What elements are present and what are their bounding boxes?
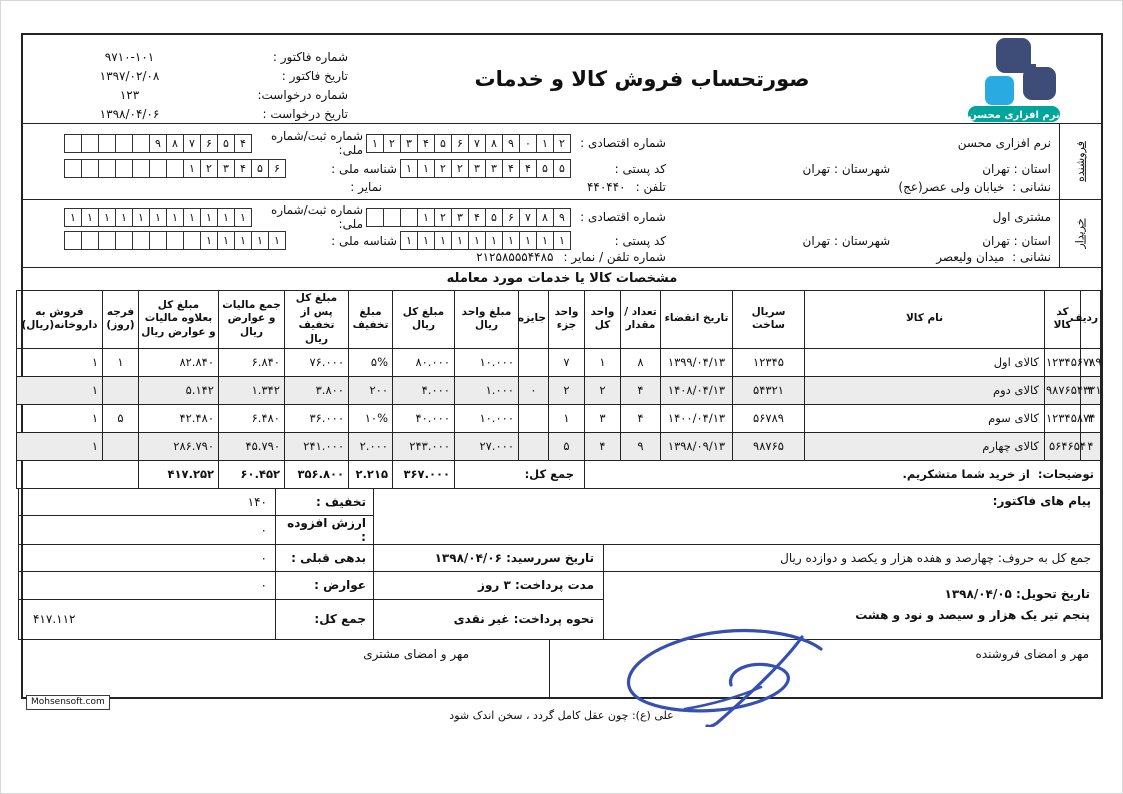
digit-box: [81, 231, 99, 250]
signature-section: مهر و امضای فروشنده مهر و امضای مشتری: [23, 640, 1101, 697]
cell: ۴۵.۷۹۰: [219, 432, 285, 460]
col-row-no: ردیف: [1081, 291, 1101, 349]
seller-national-label: شناسه ملی :: [286, 162, 401, 176]
website-label: Mohsensoft.com: [26, 695, 110, 710]
digit-box: ۱: [98, 208, 116, 227]
digit-box: ۰: [519, 134, 537, 153]
cell: [103, 376, 139, 404]
items-table: ردیف کد کالا نام کالا سریال ساخت تاریخ ا…: [16, 290, 1101, 489]
digit-box: ۵: [217, 134, 235, 153]
cell: ۷: [549, 348, 585, 376]
col-pharmacy: فروش به داروخانه(ریال): [17, 291, 103, 349]
company-logo: نرم افزاری محسن: [926, 35, 1101, 123]
digit-box: ۲: [200, 159, 218, 178]
footer-quote: علی (ع): چون عقل کامل گردد ، سخن اندک شو…: [1, 709, 1122, 722]
delivery-words-line: پنجم تیر یک هزار و سیصد و نود و هشت: [614, 605, 1090, 626]
digit-box: ۱: [485, 231, 503, 250]
digit-box: ۶: [200, 134, 218, 153]
col-after-discount: مبلغ کل پس از تخفیف ریال: [285, 291, 349, 349]
digit-box: ۱: [536, 134, 554, 153]
digit-box: [115, 231, 133, 250]
cell: ۴: [621, 376, 661, 404]
seller-economic-label: شماره اقتصادی :: [571, 136, 666, 150]
cell: ۵۶۷۸۹: [733, 404, 805, 432]
digit-box: ۸: [166, 134, 184, 153]
invoice-meta: شماره فاکتور : ۹۷۱۰-۱۰۱ تاریخ فاکتور : ۱…: [23, 35, 358, 123]
item-row: ۲۹۸۷۶۵۴۳۲۱کالای دوم۵۴۳۲۱۱۴۰۸/۰۴/۱۳۴۲۲۰۱.…: [17, 376, 1101, 404]
digit-box: ۱: [366, 134, 384, 153]
request-no-value: ۱۲۳: [29, 88, 230, 102]
seller-reg-boxes: ۹۸۷۶۵۴: [65, 134, 252, 153]
summary-label: بدهی قبلی :: [275, 544, 373, 571]
summary-value: ۱۴۰: [18, 488, 275, 515]
col-unit-part: واحد جزء: [549, 291, 585, 349]
cell: ۲.۰۰۰: [349, 432, 393, 460]
totals-total: ۳۶۷.۰۰۰: [393, 460, 455, 488]
digit-box: ۱: [502, 231, 520, 250]
payment-period: مدت پرداخت: ۳ روز: [373, 571, 603, 599]
cell: [103, 432, 139, 460]
digit-box: [115, 159, 133, 178]
digit-box: ۱: [553, 231, 571, 250]
digit-box: ۲: [451, 159, 469, 178]
digit-box: [149, 231, 167, 250]
digit-box: ۷: [183, 134, 201, 153]
cell: [519, 404, 549, 432]
cell: ۱۴۰۸/۰۴/۱۳: [661, 376, 733, 404]
buyer-postal-label: کد پستی :: [571, 234, 666, 248]
digit-box: [81, 159, 99, 178]
invoice-no-row: شماره فاکتور : ۹۷۱۰-۱۰۱: [29, 47, 348, 66]
digit-box: [64, 159, 82, 178]
digit-box: ۱: [400, 231, 418, 250]
cell: ۵%: [349, 348, 393, 376]
digit-box: ۱: [132, 208, 150, 227]
seller-county: شهرستان : تهران: [803, 162, 891, 176]
cell: ۸۲.۸۴۰: [139, 348, 219, 376]
cell: ۵: [549, 432, 585, 460]
cell: ۸۰.۰۰۰: [393, 348, 455, 376]
customer-signature-area: مهر و امضای مشتری: [23, 640, 549, 697]
summary-value: ۰: [18, 515, 275, 544]
col-unit-price: مبلغ واحد ریال: [455, 291, 519, 349]
cell: ۶.۴۸۰: [219, 404, 285, 432]
seller-role-label: فروشنده: [1059, 124, 1101, 199]
digit-box: ۱: [200, 208, 218, 227]
summary-value: ۰: [18, 544, 275, 571]
cell: ۲: [585, 376, 621, 404]
digit-box: [366, 208, 384, 227]
digit-box: [149, 159, 167, 178]
bottom-section: پیام های فاکتور: تخفیف : ۱۴۰ ارزش افزوده…: [18, 488, 1101, 640]
col-tax: جمع مالیات و عوارض ریال: [219, 291, 285, 349]
digit-box: ۳: [451, 208, 469, 227]
cell: ۱.۳۴۲: [219, 376, 285, 404]
bottom-row: جمع کل به حروف: چهارصد و هفده هزار و یکص…: [18, 544, 1100, 571]
cell: ۱۰%: [349, 404, 393, 432]
digit-box: ۱: [417, 159, 435, 178]
digit-box: [183, 231, 201, 250]
seller-province: استان : تهران: [982, 162, 1051, 176]
digit-box: ۹: [149, 134, 167, 153]
invoice-no-label: شماره فاکتور :: [230, 50, 348, 64]
invoice-date-value: ۱۳۹۷/۰۲/۰۸: [29, 69, 230, 83]
cell: ۱۲۳۴۵۸۷۴: [1045, 404, 1081, 432]
digit-box: [132, 159, 150, 178]
cell: ۰: [519, 376, 549, 404]
cell: ۵۴۳۲۱: [733, 376, 805, 404]
invoice-frame: نرم افزاری محسن صورتحساب فروش کالا و خدم…: [21, 33, 1103, 699]
cell: ۲۴۳.۰۰۰: [393, 432, 455, 460]
digit-box: ۴: [468, 208, 486, 227]
digit-box: ۶: [502, 208, 520, 227]
digit-box: ۴: [234, 159, 252, 178]
cell: ۱۲۳۴۵۶۷۸۹: [1045, 348, 1081, 376]
request-no-label: شماره درخواست:: [230, 88, 348, 102]
cell: ۱: [549, 404, 585, 432]
digit-box: ۳: [400, 134, 418, 153]
item-row: ۴۵۶۴۶۵۴کالای چهارم۹۸۷۶۵۱۳۹۸/۰۹/۱۳۹۴۵۲۷.۰…: [17, 432, 1101, 460]
seller-fax-label: نمایر :: [271, 180, 386, 194]
cell: ۱: [585, 348, 621, 376]
cell: ۱: [17, 376, 103, 404]
payment-method: نحوه پرداخت: غیر نقدی: [373, 599, 603, 639]
digit-box: ۱: [183, 208, 201, 227]
request-date-row: تاریخ درخواست : ۱۳۹۸/۰۴/۰۶: [29, 104, 348, 123]
digit-box: ۱: [451, 231, 469, 250]
digit-box: ۹: [502, 134, 520, 153]
cell: ۲۰۰: [349, 376, 393, 404]
cell: ۱۳۹۹/۰۴/۱۳: [661, 348, 733, 376]
header: نرم افزاری محسن صورتحساب فروش کالا و خدم…: [23, 35, 1101, 123]
cell: ۲: [549, 376, 585, 404]
digit-box: ۱: [251, 231, 269, 250]
invoice-page: { "title": "صورتحساب فروش کالا و خدمات",…: [0, 0, 1123, 794]
cell: ۱: [17, 348, 103, 376]
digit-box: ۵: [251, 159, 269, 178]
seller-signature-label: مهر و امضای فروشنده: [976, 647, 1089, 661]
customer-signature-label: مهر و امضای مشتری: [363, 647, 469, 661]
col-unit-total: واحد کل: [585, 291, 621, 349]
cell: ۱.۰۰۰: [455, 376, 519, 404]
buyer-reg-label: شماره ثبت/شماره ملی:: [252, 203, 367, 231]
cell: ۲۷.۰۰۰: [455, 432, 519, 460]
col-serial: سریال ساخت: [733, 291, 805, 349]
digit-box: ۱: [519, 231, 537, 250]
cell: ۱۲۳۴۵: [733, 348, 805, 376]
digit-box: ۲: [434, 208, 452, 227]
seller-phone: تلفن :۴۴۰۴۴۰: [386, 180, 666, 194]
digit-box: ۱: [149, 208, 167, 227]
summary-value: ۰: [18, 571, 275, 599]
item-row: ۳۱۲۳۴۵۸۷۴کالای سوم۵۶۷۸۹۱۴۰۰/۰۴/۱۳۴۳۱۱۰.۰…: [17, 404, 1101, 432]
digit-box: ۷: [468, 134, 486, 153]
seller-name: نرم افزاری محسن: [666, 136, 1051, 150]
invoice-date-label: تاریخ فاکتور :: [230, 69, 348, 83]
totals-after-discount: ۳۵۶.۸۰۰: [285, 460, 349, 488]
digit-box: ۳: [217, 159, 235, 178]
buyer-section: خریدار مشتری اول شماره اقتصادی : ۱۲۳۴۵۶۷…: [23, 199, 1101, 267]
seller-section: فروشنده نرم افزاری محسن شماره اقتصادی : …: [23, 123, 1101, 199]
invoice-no-value: ۹۷۱۰-۱۰۱: [29, 50, 230, 64]
summary-label: عوارض :: [275, 571, 373, 599]
digit-box: ۵: [434, 134, 452, 153]
digit-box: ۱: [234, 231, 252, 250]
cell: ۱۰.۰۰۰: [455, 348, 519, 376]
seller-address: نشانی : خیابان ولی عصر(عج): [666, 180, 1051, 194]
handwritten-signature: [589, 627, 844, 727]
summary-label: تخفیف :: [275, 488, 373, 515]
cell: ۵.۱۴۲: [139, 376, 219, 404]
total-in-words: جمع کل به حروف: چهارصد و هفده هزار و یکص…: [604, 544, 1101, 571]
col-discount: مبلغ تخفیف: [349, 291, 393, 349]
digit-box: ۴: [417, 134, 435, 153]
invoice-messages: پیام های فاکتور:: [373, 488, 1100, 544]
buyer-province: استان : تهران: [982, 234, 1051, 248]
bottom-row: پیام های فاکتور: تخفیف : ۱۴۰: [18, 488, 1100, 515]
digit-box: ۱: [400, 159, 418, 178]
request-date-value: ۱۳۹۸/۰۴/۰۶: [29, 107, 230, 121]
item-row: ۱۱۲۳۴۵۶۷۸۹کالای اول۱۲۳۴۵۱۳۹۹/۰۴/۱۳۸۱۷۱۰.…: [17, 348, 1101, 376]
col-expiry: تاریخ انقضاء: [661, 291, 733, 349]
digit-box: ۱: [468, 231, 486, 250]
digit-box: ۱: [268, 231, 286, 250]
col-total-plus-tax: مبلغ کل بعلاوه مالیات و عوارض ریال: [139, 291, 219, 349]
digit-box: [400, 208, 418, 227]
digit-box: ۱: [81, 208, 99, 227]
digit-box: [166, 159, 184, 178]
summary-label: ارزش افزوده :: [275, 515, 373, 544]
buyer-phone: شماره تلفن / نمایر :۲۱۲۵۸۵۵۵۴۴۸۵: [476, 250, 666, 264]
digit-box: ۱: [64, 208, 82, 227]
cell: ۱: [103, 348, 139, 376]
digit-box: ۱: [183, 159, 201, 178]
digit-box: [132, 134, 150, 153]
summary-label: جمع کل:: [275, 599, 373, 639]
summary-value: ۴۱۷.۱۱۲: [18, 599, 275, 639]
digit-box: [98, 159, 116, 178]
cell: ۱۴۰۰/۰۴/۱۳: [661, 404, 733, 432]
seller-national-boxes: ۱۲۳۴۵۶: [65, 159, 286, 178]
delivery-date-line: تاریخ تحویل: ۱۳۹۸/۰۴/۰۵: [614, 584, 1090, 605]
digit-box: ۳: [485, 159, 503, 178]
digit-box: [81, 134, 99, 153]
cell: ۲۸۶.۷۹۰: [139, 432, 219, 460]
cell: ۳.۸۰۰: [285, 376, 349, 404]
buyer-economic-label: شماره اقتصادی :: [571, 210, 666, 224]
remarks: توضیحات: از خرید شما متشکریم.: [585, 460, 1101, 488]
digit-box: ۱: [234, 208, 252, 227]
cell: ۱۰.۰۰۰: [455, 404, 519, 432]
col-bonus: جایزه: [519, 291, 549, 349]
cell: [519, 432, 549, 460]
buyer-address: نشانی : میدان ولیعصر: [666, 250, 1051, 264]
digit-box: ۱: [115, 208, 133, 227]
totals-grand: ۴۱۷.۲۵۲: [139, 460, 219, 488]
cell: ۹: [621, 432, 661, 460]
digit-box: [132, 231, 150, 250]
bottom-row: تاریخ تحویل: ۱۳۹۸/۰۴/۰۵ پنجم تیر یک هزار…: [18, 571, 1100, 599]
cell: ۶.۸۴۰: [219, 348, 285, 376]
digit-box: ۴: [234, 134, 252, 153]
digit-box: ۸: [485, 134, 503, 153]
cell: ۴: [585, 432, 621, 460]
col-grace: فرجه (روز): [103, 291, 139, 349]
totals-tax: ۶۰.۴۵۲: [219, 460, 285, 488]
digit-box: [64, 134, 82, 153]
totals-label: جمع کل:: [455, 460, 585, 488]
request-no-row: شماره درخواست: ۱۲۳: [29, 85, 348, 104]
items-header-row: ردیف کد کالا نام کالا سریال ساخت تاریخ ا…: [17, 291, 1101, 349]
buyer-name: مشتری اول: [666, 210, 1051, 224]
digit-box: ۶: [451, 134, 469, 153]
cell: ۹۸۷۶۵۴۳۲۱: [1045, 376, 1081, 404]
cell: ۴: [621, 404, 661, 432]
seller-reg-label: شماره ثبت/شماره ملی:: [252, 129, 367, 157]
cell: کالای سوم: [805, 404, 1045, 432]
buyer-economic-boxes: ۱۲۳۴۵۶۷۸۹: [367, 208, 571, 227]
col-total-price: مبلغ کل ریال: [393, 291, 455, 349]
mohsen-logo-icon: نرم افزاری محسن: [966, 36, 1062, 124]
digit-box: ۴: [519, 159, 537, 178]
cell: [519, 348, 549, 376]
items-section-title: مشخصات کالا یا خدمات مورد معامله: [23, 267, 1101, 290]
col-qty: تعداد / مقدار: [621, 291, 661, 349]
digit-box: ۸: [536, 208, 554, 227]
totals-row: توضیحات: از خرید شما متشکریم. جمع کل: ۳۶…: [17, 460, 1101, 488]
due-date: تاریخ سررسید: ۱۳۹۸/۰۴/۰۶: [373, 544, 603, 571]
digit-box: ۵: [485, 208, 503, 227]
cell: ۱: [17, 432, 103, 460]
cell: ۷۶.۰۰۰: [285, 348, 349, 376]
cell: ۸: [621, 348, 661, 376]
digit-box: [98, 134, 116, 153]
page-title: صورتحساب فروش کالا و خدمات: [474, 67, 809, 91]
digit-box: ۵: [553, 159, 571, 178]
cell: ۳: [585, 404, 621, 432]
cell: ۲۴۱.۰۰۰: [285, 432, 349, 460]
cell: کالای دوم: [805, 376, 1045, 404]
cell: ۹۸۷۶۵: [733, 432, 805, 460]
buyer-county: شهرستان : تهران: [803, 234, 891, 248]
seller-postal-boxes: ۱۱۲۲۳۳۴۴۵۵: [401, 159, 571, 178]
logo-text: نرم افزاری محسن: [968, 110, 1059, 121]
totals-empty: [17, 460, 139, 488]
digit-box: [166, 231, 184, 250]
digit-box: ۷: [519, 208, 537, 227]
cell: ۱۳۹۸/۰۹/۱۳: [661, 432, 733, 460]
digit-box: ۵: [536, 159, 554, 178]
digit-box: ۶: [268, 159, 286, 178]
seller-postal-label: کد پستی :: [571, 162, 666, 176]
cell: کالای چهارم: [805, 432, 1045, 460]
digit-box: ۱: [217, 208, 235, 227]
buyer-national-label: شناسه ملی :: [286, 234, 401, 248]
digit-box: [98, 231, 116, 250]
digit-box: ۳: [468, 159, 486, 178]
digit-box: ۱: [536, 231, 554, 250]
cell: ۵۶۴۶۵۴: [1045, 432, 1081, 460]
digit-box: ۹: [553, 208, 571, 227]
digit-box: ۱: [200, 231, 218, 250]
buyer-reg-boxes: ۱۱۱۱۱۱۱۱۱۱۱: [65, 208, 252, 227]
buyer-postal-boxes: ۱۱۱۱۱۱۱۱۱۱: [401, 231, 571, 250]
cell: ۴.۰۰۰: [393, 376, 455, 404]
digit-box: ۱: [417, 208, 435, 227]
cell: ۳۶.۰۰۰: [285, 404, 349, 432]
digit-box: [383, 208, 401, 227]
digit-box: ۲: [383, 134, 401, 153]
request-date-label: تاریخ درخواست :: [230, 107, 348, 121]
digit-box: ۱: [434, 231, 452, 250]
seller-economic-boxes: ۱۲۳۴۵۶۷۸۹۰۱۲: [367, 134, 571, 153]
digit-box: [64, 231, 82, 250]
digit-box: ۱: [417, 231, 435, 250]
digit-box: ۲: [434, 159, 452, 178]
totals-discount: ۲.۲۱۵: [349, 460, 393, 488]
digit-box: ۱: [166, 208, 184, 227]
buyer-national-boxes: ۱۱۱۱۱: [65, 231, 286, 250]
cell: ۵: [103, 404, 139, 432]
col-item-name: نام کالا: [805, 291, 1045, 349]
digit-box: ۱: [217, 231, 235, 250]
digit-box: ۲: [553, 134, 571, 153]
digit-box: ۴: [502, 159, 520, 178]
buyer-role-label: خریدار: [1059, 200, 1101, 267]
cell: کالای اول: [805, 348, 1045, 376]
cell: ۴۲.۴۸۰: [139, 404, 219, 432]
digit-box: [115, 134, 133, 153]
cell: ۱: [17, 404, 103, 432]
invoice-date-row: تاریخ فاکتور : ۱۳۹۷/۰۲/۰۸: [29, 66, 348, 85]
cell: ۴۰.۰۰۰: [393, 404, 455, 432]
